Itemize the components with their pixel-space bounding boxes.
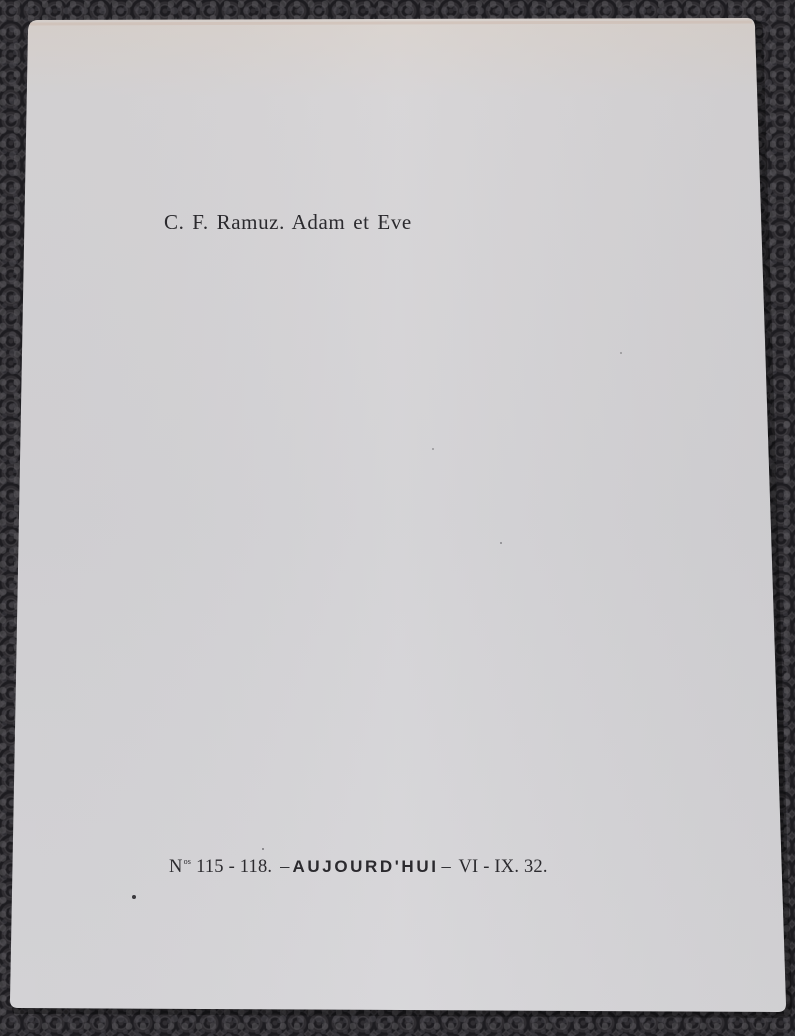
title-line: C. F. Ramuz. Adam et Eve [164,210,412,235]
dash-before: – [280,857,289,877]
paper-speck [432,448,434,450]
paper-speck [262,848,264,850]
issue-numbers: 115 - 118. [196,857,272,877]
issue-number-prefix: Nos [169,857,196,877]
footer-line: Nos115 - 118. –AUJOURD'HUI– VI - IX. 32. [169,857,548,878]
journal-name: AUJOURD'HUI [293,857,439,876]
paper-sheet [0,0,795,1036]
issue-date: VI - IX. 32. [458,857,547,877]
number-abbrev-superscript: os [184,857,192,866]
number-abbrev: N [169,857,183,877]
paper-speck [620,352,622,354]
dash-after: – [442,857,451,877]
document-page: C. F. Ramuz. Adam et Eve Nos115 - 118. –… [0,0,795,1036]
paper-speck [132,895,136,899]
paper-speck [500,542,502,544]
